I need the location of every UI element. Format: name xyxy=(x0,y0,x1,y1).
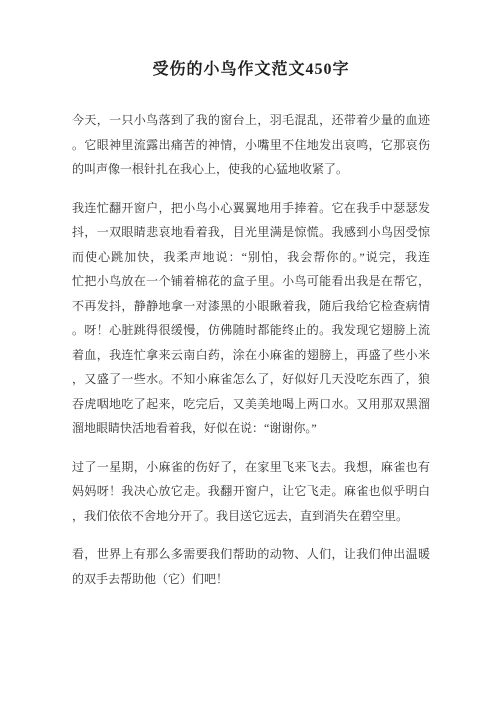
essay-line: 忙把小鸟放在一个铺着棉花的盒子里。小鸟可能看出我是在帮它， xyxy=(72,269,430,294)
paragraph-3: 过了一星期，小麻雀的伤好了，在家里飞来飞去。我想，麻雀也有 妈妈呀！我决心放它走… xyxy=(72,455,430,529)
essay-line: 。它眼神里流露出痛苦的神情，小嘴里不住地发出哀鸣，它那哀伤 xyxy=(72,133,430,158)
essay-line: 妈妈呀！我决心放它走。我翻开窗户，让它飞走。麻雀也似乎明白 xyxy=(72,479,430,504)
essay-line: 。呀！心脏跳得很缓慢，仿佛随时都能终止的。我发现它翅膀上流 xyxy=(72,318,430,343)
essay-line: 着血，我连忙拿来云南白药，涂在小麻雀的翅膀上，再盛了些小米 xyxy=(72,343,430,368)
essay-line: ，又盛了一些水。不知小麻雀怎么了，好似好几天没吃东西了，狼 xyxy=(72,367,430,392)
essay-body: 受伤的小鸟作文范文450字 今天，一只小鸟落到了我的窗台上，羽毛混乱，还带着少量… xyxy=(0,0,500,591)
essay-line: 而使心跳加快，我柔声地说：“别怕，我会帮你的。”说完，我连 xyxy=(72,245,430,270)
essay-line: 吞虎咽地吃了起来，吃完后，又美美地喝上两口水。又用那双黑溜 xyxy=(72,392,430,417)
essay-line: 看，世界上有那么多需要我们帮助的动物、人们，让我们伸出温暖 xyxy=(72,542,430,567)
essay-line: 我连忙翻开窗户，把小鸟小心翼翼地用手捧着。它在我手中瑟瑟发 xyxy=(72,196,430,221)
essay-line: 的叫声像一根针扎在我心上，使我的心猛地收紧了。 xyxy=(72,157,430,182)
essay-line: 今天，一只小鸟落到了我的窗台上，羽毛混乱，还带着少量的血迹 xyxy=(72,108,430,133)
paragraph-2: 我连忙翻开窗户，把小鸟小心翼翼地用手捧着。它在我手中瑟瑟发 抖，一双眼睛悲哀地看… xyxy=(72,196,430,441)
essay-line: 抖，一双眼睛悲哀地看着我，目光里满是惊慌。我感到小鸟因受惊 xyxy=(72,220,430,245)
paragraph-4: 看，世界上有那么多需要我们帮助的动物、人们，让我们伸出温暖 的双手去帮助他（它）… xyxy=(72,542,430,591)
essay-line: ，我们依依不舍地分开了。我目送它远去，直到消失在碧空里。 xyxy=(72,504,430,529)
essay-line: 溜地眼睛快活地看着我，好似在说：“谢谢你。” xyxy=(72,416,430,441)
essay-line: 不再发抖，静静地拿一对漆黑的小眼瞅着我，随后我给它检查病情 xyxy=(72,294,430,319)
essay-title: 受伤的小鸟作文范文450字 xyxy=(72,58,430,82)
paragraph-1: 今天，一只小鸟落到了我的窗台上，羽毛混乱，还带着少量的血迹 。它眼神里流露出痛苦… xyxy=(72,108,430,182)
document-page: 受伤的小鸟作文范文450字 今天，一只小鸟落到了我的窗台上，羽毛混乱，还带着少量… xyxy=(0,0,500,707)
essay-line: 的双手去帮助他（它）们吧！ xyxy=(72,567,430,592)
essay-line: 过了一星期，小麻雀的伤好了，在家里飞来飞去。我想，麻雀也有 xyxy=(72,455,430,480)
